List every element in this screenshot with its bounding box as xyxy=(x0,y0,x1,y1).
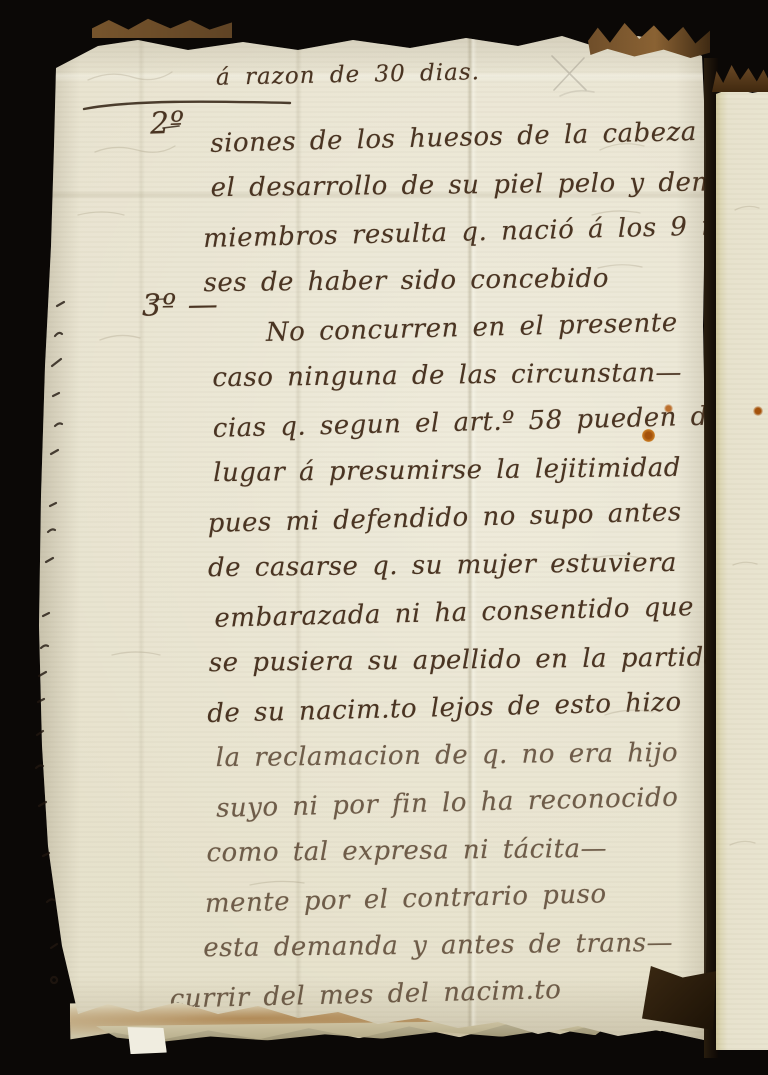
manuscript-page: á razon de 30 dias. 2º 3º — siones de lo… xyxy=(38,26,710,1046)
manuscript-text-block: siones de los huesos de la cabeza por el… xyxy=(210,112,768,1019)
item-marker-2: 2º xyxy=(149,105,185,141)
foxing-spot xyxy=(753,406,763,416)
next-leaf-edge xyxy=(716,88,768,1050)
torn-edge-next-leaf xyxy=(712,62,768,92)
paper-tab-fragment xyxy=(124,1024,169,1059)
foxing-spot xyxy=(664,404,673,413)
manuscript-line: No concurren en el presente xyxy=(265,298,768,358)
book-gutter-shadow xyxy=(704,58,718,1058)
foxing-spot xyxy=(642,429,655,442)
heading-line: á razon de 30 dias. xyxy=(216,59,480,91)
photo-backdrop: á razon de 30 dias. 2º 3º — siones de lo… xyxy=(0,0,768,1075)
stained-edge-top-left xyxy=(92,14,232,38)
